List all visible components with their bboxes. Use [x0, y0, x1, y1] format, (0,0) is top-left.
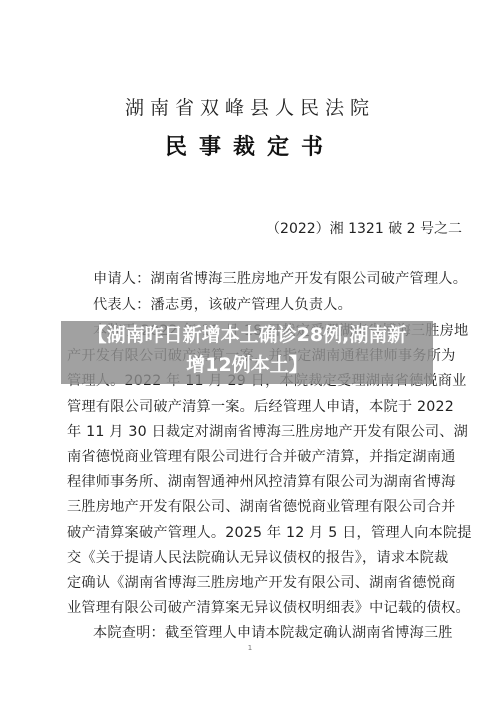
- representative-line: 代表人：潘志勇，该破产管理人负责人。: [93, 294, 352, 314]
- headline-line-2: 增12例本土】: [61, 350, 433, 380]
- body-line: 年 11 月 30 日裁定对湖南省博海三胜房地产开发有限公司、湖: [67, 421, 468, 441]
- body-line: 业管理有限公司破产清算案无异议债权明细表》中记载的债权。: [67, 597, 470, 617]
- case-number: （2022）湘 1321 破 2 号之二: [266, 218, 462, 238]
- body-line: 定确认《湖南省博海三胜房地产开发有限公司、湖南省德悦商: [67, 572, 455, 592]
- court-name: 湖南省双峰县人民法院: [0, 93, 500, 120]
- body-line: 破产清算案破产管理人。2025 年 12 月 5 日，管理人向本院提: [67, 522, 472, 542]
- body-line: 程律师事务所、湖南智通神州风控清算有限公司为湖南省博海: [67, 471, 455, 491]
- applicant-line: 申请人：湖南省博海三胜房地产开发有限公司破产管理人。: [93, 268, 467, 288]
- body-line: 三胜房地产开发有限公司、湖南省德悦商业管理有限公司合并: [67, 496, 455, 516]
- headline-line-1: 【湖南昨日新增本土确诊28例,湖南新: [61, 320, 433, 350]
- headline-overlay-text: 【湖南昨日新增本土确诊28例,湖南新 增12例本土】: [61, 320, 433, 380]
- body-line: 本院查明：截至管理人申请本院裁定确认湖南省博海三胜: [93, 622, 453, 642]
- body-line: 交《关于提请人民法院确认无异议债权的报告》，请求本院裁: [67, 547, 448, 567]
- document-title: 民事裁定书: [0, 130, 500, 161]
- body-line: 南省德悦商业管理有限公司进行合并破产清算，并指定湖南通: [67, 446, 455, 466]
- body-line: 管理有限公司破产清算一案。后经管理人申请，本院于 2022: [67, 396, 454, 416]
- page-number: 1: [0, 644, 500, 652]
